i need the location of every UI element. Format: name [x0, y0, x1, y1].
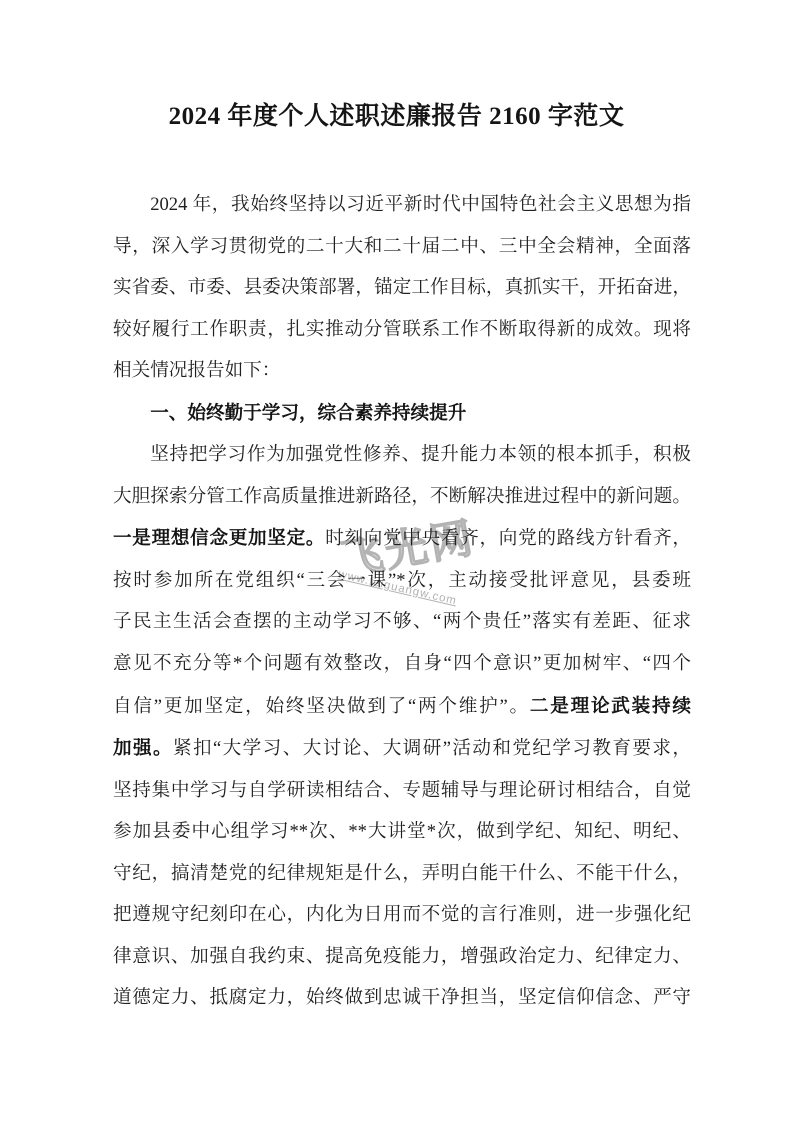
text-segment: 导，深入学习贯彻党的二十大和二十届二中、三中全会精神，全面落	[113, 236, 691, 257]
text-segment: 时刻向党中央看齐，向党的路线方针看齐，	[325, 528, 691, 549]
text-segment: 紧扣“大学习、大讨论、大调研”活动和党纪学习教育要求，	[173, 738, 691, 759]
text-segment: 子民主生活会查摆的主动学习不够、“两个贵任”落实有差距、征求	[113, 611, 691, 632]
text-segment: 大胆探索分管工作高质量推进新路径，不断解决推进过程中的新问题。	[113, 486, 691, 507]
text-segment-bold: 加强。	[113, 737, 173, 758]
text-segment: 道德定力、抵腐定力，始终做到忠诚干净担当，坚定信仰信念、严守	[113, 987, 691, 1008]
text-segment: 坚持把学习作为加强党性修养、提升能力本领的根本抓手，积极	[150, 444, 691, 465]
text-segment: 2024 年，我始终坚持以习近平新时代中国特色社会主义思想为指	[150, 194, 691, 215]
text-line: 坚持集中学习与自学研读相结合、专题辅导与理论研讨相结合，自觉	[113, 770, 691, 812]
text-line: 大胆探索分管工作高质量推进新路径，不断解决推进过程中的新问题。	[113, 476, 691, 518]
text-segment: 相关情况报告如下：	[113, 360, 280, 381]
text-line: 把遵规守纪刻印在心，内化为日用而不觉的言行准则，进一步强化纪	[113, 894, 691, 936]
text-line: 坚持把学习作为加强党性修养、提升能力本领的根本抓手，积极	[113, 434, 691, 476]
text-line: 自信”更加坚定，始终坚决做到了“两个维护”。二是理论武装持续	[113, 685, 691, 728]
text-line: 道德定力、抵腐定力，始终做到忠诚干净担当，坚定信仰信念、严守	[113, 977, 691, 1019]
document-body: 2024 年，我始终坚持以习近平新时代中国特色社会主义思想为指导，深入学习贯彻党…	[113, 184, 691, 1019]
text-line: 较好履行工作职责，扎实推动分管联系工作不断取得新的成效。现将	[113, 309, 691, 351]
text-line: 加强。紧扣“大学习、大讨论、大调研”活动和党纪学习教育要求，	[113, 727, 691, 770]
text-segment: 按时参加所在党组织“三会一课”*次，主动接受批评意见，县委班	[113, 570, 691, 591]
text-segment: 实省委、市委、县委决策部署，锚定工作目标，真抓实干，开拓奋进，	[113, 277, 691, 298]
text-line: 按时参加所在党组织“三会一课”*次，主动接受批评意见，县委班	[113, 560, 691, 602]
text-segment: 坚持集中学习与自学研读相结合、专题辅导与理论研讨相结合，自觉	[113, 780, 691, 801]
text-line: 相关情况报告如下：	[113, 350, 691, 392]
document-page: 飞光网 www.feiguangw.com 2024 年度个人述职述廉报告 21…	[0, 0, 793, 1122]
text-line: 守纪，搞清楚党的纪律规矩是什么，弄明白能干什么、不能干什么，	[113, 853, 691, 895]
text-segment: 律意识、加强自我约束、提高免疫能力，增强政治定力、纪律定力、	[113, 946, 691, 967]
document-title: 2024 年度个人述职述廉报告 2160 字范文	[0, 100, 793, 133]
text-line: 实省委、市委、县委决策部署，锚定工作目标，真抓实干，开拓奋进，	[113, 267, 691, 309]
text-segment: 把遵规守纪刻印在心，内化为日用而不觉的言行准则，进一步强化纪	[113, 904, 691, 925]
text-line: 导，深入学习贯彻党的二十大和二十届二中、三中全会精神，全面落	[113, 226, 691, 268]
text-segment-bold: 一是理想信念更加坚定。	[113, 527, 325, 548]
text-line: 参加县委中心组学习**次、**大讲堂*次，做到学纪、知纪、明纪、	[113, 811, 691, 853]
text-line: 律意识、加强自我约束、提高免疫能力，增强政治定力、纪律定力、	[113, 936, 691, 978]
text-line: 2024 年，我始终坚持以习近平新时代中国特色社会主义思想为指	[113, 184, 691, 226]
text-segment-bold: 二是理论武装持续	[530, 695, 691, 716]
text-segment: 意见不充分等*个问题有效整改，自身“四个意识”更加树牢、“四个	[113, 653, 691, 674]
text-segment: 自信”更加坚定，始终坚决做到了“两个维护”。	[113, 696, 530, 717]
text-line: 一是理想信念更加坚定。时刻向党中央看齐，向党的路线方针看齐，	[113, 517, 691, 560]
text-line: 子民主生活会查摆的主动学习不够、“两个贵任”落实有差距、征求	[113, 601, 691, 643]
text-segment: 参加县委中心组学习**次、**大讲堂*次，做到学纪、知纪、明纪、	[113, 821, 691, 842]
text-segment-bold: 一、始终勤于学习，综合素养持续提升	[150, 402, 466, 423]
text-segment: 守纪，搞清楚党的纪律规矩是什么，弄明白能干什么、不能干什么，	[113, 863, 691, 884]
text-line: 意见不充分等*个问题有效整改，自身“四个意识”更加树牢、“四个	[113, 643, 691, 685]
text-line: 一、始终勤于学习，综合素养持续提升	[113, 392, 691, 435]
text-segment: 较好履行工作职责，扎实推动分管联系工作不断取得新的成效。现将	[113, 319, 691, 340]
